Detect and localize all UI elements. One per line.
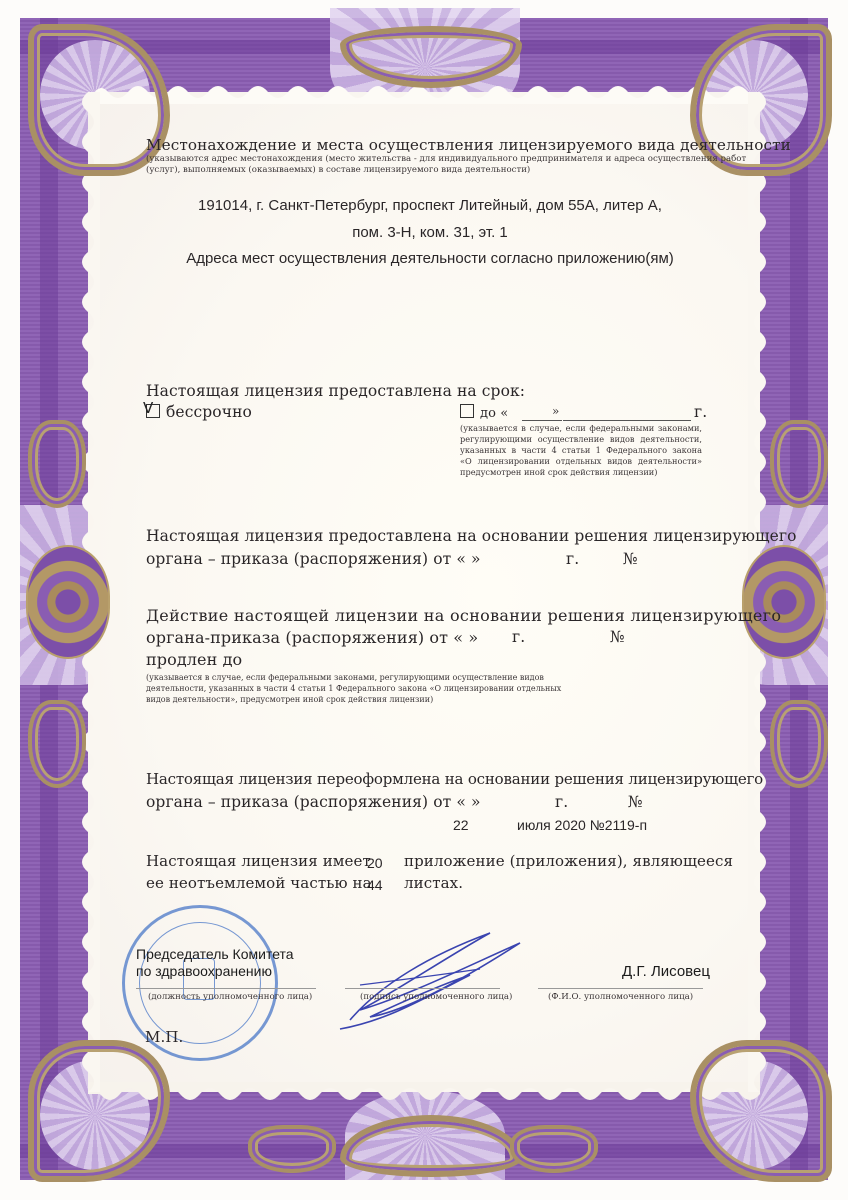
- appendix-line-1b: приложение (приложения), являющееся: [404, 852, 733, 870]
- granted-line-2: органа – приказа (распоряжения) от « »: [146, 550, 481, 568]
- signer-position-line-1: Председатель Комитета: [136, 946, 294, 962]
- reissued-number: №: [628, 793, 643, 811]
- term-until-checkbox[interactable]: [460, 404, 474, 418]
- checkmark-icon: V: [143, 399, 153, 417]
- extended-line-1: Действие настоящей лицензии на основании…: [146, 606, 702, 625]
- term-until-year: г.: [694, 403, 707, 421]
- term-until-option[interactable]: до «: [460, 403, 508, 421]
- extended-line-3: продлен до: [146, 650, 242, 669]
- reissued-date-number: июля 2020 №2119-п: [517, 817, 647, 833]
- term-until-note: (указывается в случае, если федеральными…: [460, 423, 702, 478]
- address-line-2: пом. 3-Н, ком. 31, эт. 1: [140, 224, 720, 241]
- seal-label: М.П.: [145, 1028, 183, 1046]
- term-until-close-quote: »: [552, 404, 559, 418]
- signature-underline: [345, 988, 500, 989]
- granted-line-1: Настоящая лицензия предоставлена на осно…: [146, 527, 702, 545]
- term-heading: Настоящая лицензия предоставлена на срок…: [146, 382, 525, 400]
- term-until-date-line: [563, 420, 691, 421]
- appendix-line-1a: Настоящая лицензия имеет: [146, 852, 371, 870]
- location-note: (указываются адрес местонахождения (мест…: [146, 154, 746, 176]
- position-underline: [136, 988, 316, 989]
- location-heading: Местонахождение и места осуществления ли…: [146, 136, 791, 154]
- appendix-line-2a: ее неотъемлемой частью на: [146, 874, 372, 892]
- signer-position-line-2: по здравоохранению: [136, 963, 272, 979]
- granted-year: г.: [566, 550, 579, 568]
- extended-number: №: [610, 628, 625, 646]
- license-content: Местонахождение и места осуществления ли…: [0, 0, 848, 1200]
- appendix-line-2b: листах.: [404, 874, 463, 892]
- position-caption: (должность уполномоченного лица): [148, 992, 312, 1003]
- appendix-count: 20: [367, 855, 383, 871]
- address-line-3: Адреса мест осуществления деятельности с…: [140, 250, 720, 267]
- name-caption: (Ф.И.О. уполномоченного лица): [548, 992, 693, 1003]
- term-until-day-line: [522, 420, 562, 421]
- address-line-1: 191014, г. Санкт-Петербург, проспект Лит…: [140, 197, 720, 214]
- term-unlimited-checkbox[interactable]: V: [146, 404, 160, 418]
- reissued-line-1: Настоящая лицензия переоформлена на осно…: [146, 770, 763, 788]
- reissued-line-2: органа – приказа (распоряжения) от « »: [146, 793, 481, 811]
- signature-caption: (подпись уполномоченного лица): [360, 992, 512, 1003]
- extended-note: (указывается в случае, если федеральными…: [146, 672, 561, 705]
- reissued-year: г.: [555, 793, 568, 811]
- name-underline: [538, 988, 703, 989]
- granted-number: №: [623, 550, 638, 568]
- extended-line-2: органа-приказа (распоряжения) от « »: [146, 628, 478, 647]
- appendix-sheets: 44: [367, 877, 383, 893]
- term-unlimited-option[interactable]: Vбессрочно: [146, 403, 252, 421]
- reissued-day: 22: [453, 817, 469, 833]
- signer-name: Д.Г. Лисовец: [622, 963, 710, 980]
- extended-year: г.: [512, 628, 525, 646]
- handwritten-signature: [320, 925, 530, 1035]
